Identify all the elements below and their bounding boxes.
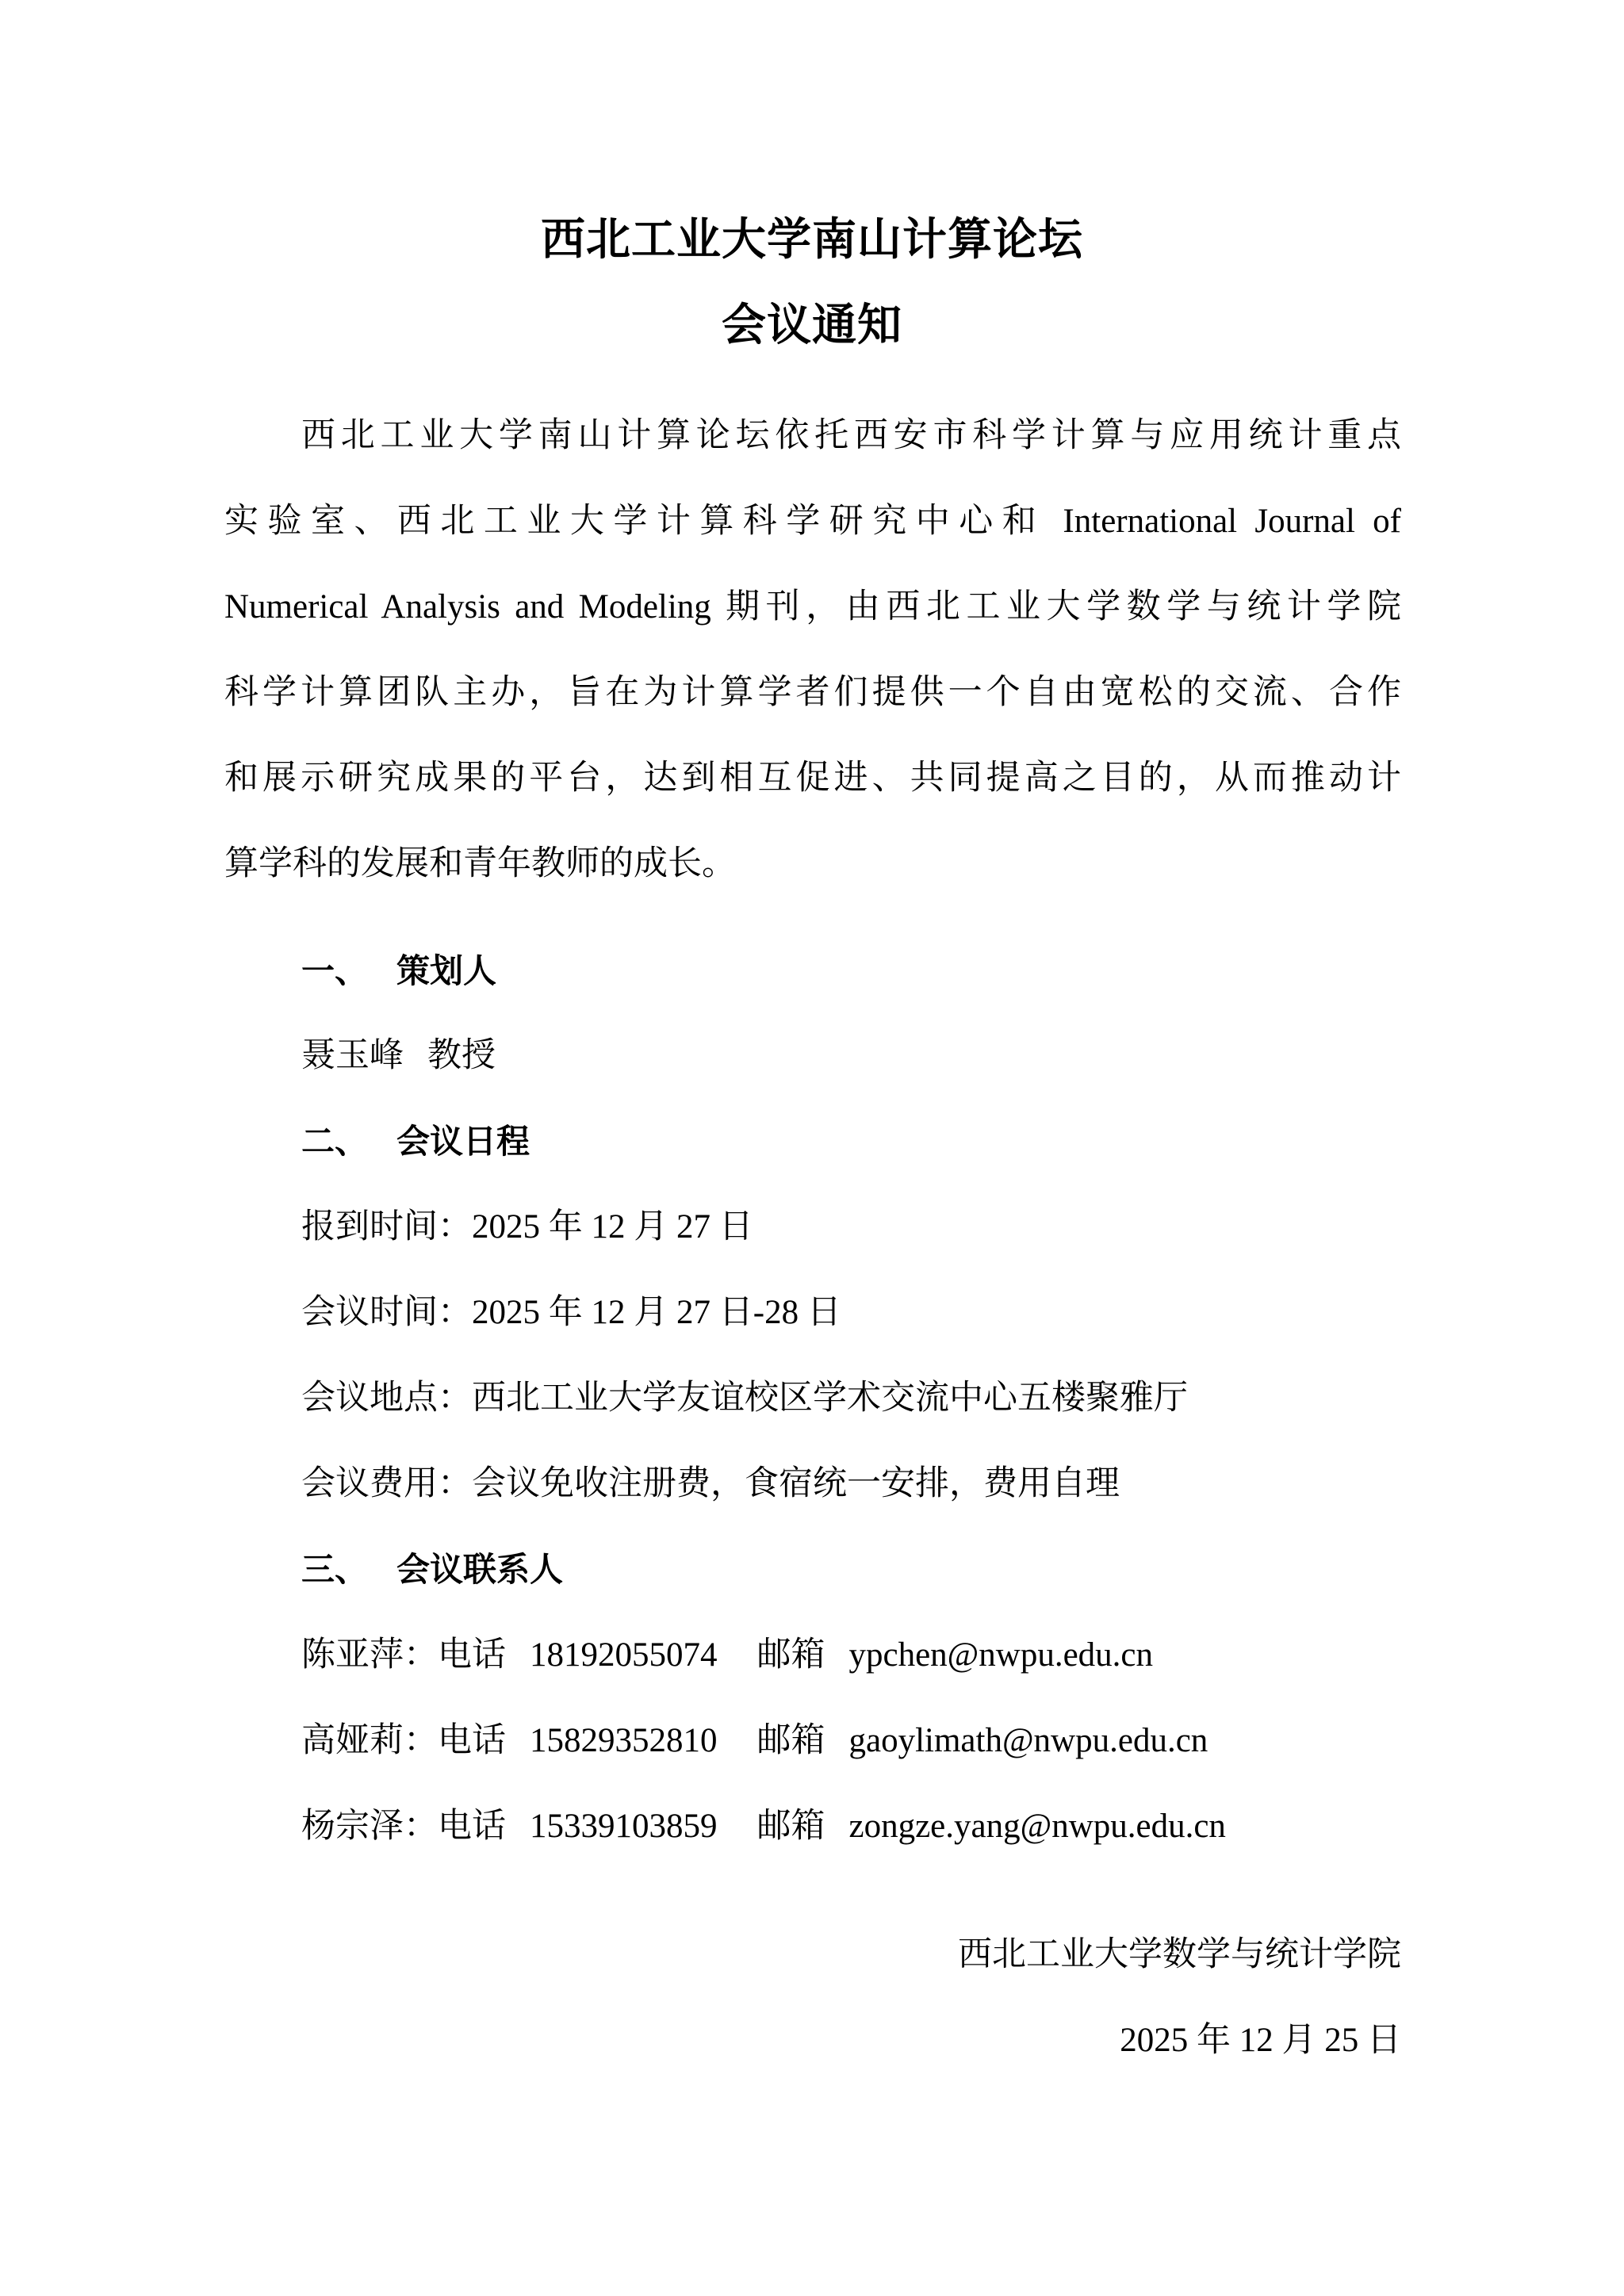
schedule-label: 报到时间：	[301, 1208, 472, 1246]
signature-date: 2025 年 12 月 25 日	[1120, 2017, 1401, 2064]
email-label: 邮箱	[757, 1722, 825, 1759]
section-title: 会议联系人	[396, 1550, 563, 1589]
contact-row: 陈亚萍：电话18192055074邮箱ypchen@nwpu.edu.cn	[301, 1632, 1478, 1679]
section-title: 策划人	[396, 951, 496, 990]
phone-label: 电话	[438, 1808, 506, 1845]
phone-number: 18192055074	[530, 1636, 718, 1674]
intro-line: Numerical Analysis and Modeling 期刊，由西北工业…	[224, 584, 1401, 631]
contact-name: 陈亚萍：	[301, 1636, 438, 1674]
email-address: gaoylimath@nwpu.edu.cn	[849, 1722, 1208, 1759]
schedule-location: 会议地点：西北工业大学友谊校区学术交流中心五楼聚雅厅	[301, 1375, 1478, 1422]
email-label: 邮箱	[757, 1636, 825, 1674]
section-heading-contacts: 三、会议联系人	[301, 1546, 1478, 1594]
intro-line: 西北工业大学南山计算论坛依托西安市科学计算与应用统计重点	[301, 412, 1401, 460]
intro-line: 算学科的发展和青年教师的成长。	[224, 840, 1401, 888]
intro-line: 科学计算团队主办，旨在为计算学者们提供一个自由宽松的交流、合作	[224, 669, 1401, 717]
schedule-label: 会议费用：	[301, 1465, 472, 1502]
email-address: zongze.yang@nwpu.edu.cn	[849, 1808, 1226, 1845]
schedule-value: 2025 年 12 月 27 日-28 日	[472, 1294, 841, 1331]
organizer-entry: 聂玉峰教授	[301, 1032, 1478, 1080]
schedule-meeting-time: 会议时间：2025 年 12 月 27 日-28 日	[301, 1289, 1478, 1337]
schedule-registration: 报到时间：2025 年 12 月 27 日	[301, 1203, 1478, 1251]
phone-number: 15339103859	[530, 1808, 718, 1845]
section-number: 一、	[301, 947, 396, 995]
document-page: 西北工业大学南山计算论坛 会议通知 西北工业大学南山计算论坛依托西安市科学计算与…	[0, 0, 1624, 2296]
intro-line: 实验室、西北工业大学计算科学研究中心和 International Journa…	[224, 498, 1401, 545]
organizer-name: 聂玉峰	[301, 1037, 404, 1074]
schedule-value: 2025 年 12 月 27 日	[472, 1208, 753, 1246]
schedule-value: 会议免收注册费，食宿统一安排，费用自理	[472, 1465, 1120, 1502]
section-title: 会议日程	[396, 1122, 530, 1161]
section-heading-schedule: 二、会议日程	[301, 1118, 1478, 1165]
schedule-fees: 会议费用：会议免收注册费，食宿统一安排，费用自理	[301, 1460, 1478, 1508]
schedule-label: 会议地点：	[301, 1380, 472, 1417]
contact-name: 高娅莉：	[301, 1722, 438, 1759]
signature-organization: 西北工业大学数学与统计学院	[958, 1931, 1401, 1979]
section-heading-organizer: 一、策划人	[301, 947, 1478, 995]
phone-label: 电话	[438, 1636, 506, 1674]
contact-name: 杨宗泽：	[301, 1808, 438, 1845]
email-address: ypchen@nwpu.edu.cn	[849, 1636, 1154, 1674]
phone-number: 15829352810	[530, 1722, 718, 1759]
document-subtitle: 会议通知	[0, 298, 1624, 354]
contact-row: 杨宗泽：电话15339103859邮箱zongze.yang@nwpu.edu.…	[301, 1803, 1478, 1850]
contact-row: 高娅莉：电话15829352810邮箱gaoylimath@nwpu.edu.c…	[301, 1717, 1478, 1765]
schedule-label: 会议时间：	[301, 1294, 472, 1331]
section-number: 二、	[301, 1118, 396, 1165]
schedule-value: 西北工业大学友谊校区学术交流中心五楼聚雅厅	[472, 1380, 1188, 1417]
intro-line: 和展示研究成果的平台，达到相互促进、共同提高之目的，从而推动计	[224, 755, 1401, 802]
organizer-role: 教授	[427, 1037, 496, 1074]
email-label: 邮箱	[757, 1808, 825, 1845]
section-number: 三、	[301, 1546, 396, 1594]
phone-label: 电话	[438, 1722, 506, 1759]
document-title: 西北工业大学南山计算论坛	[0, 212, 1624, 268]
